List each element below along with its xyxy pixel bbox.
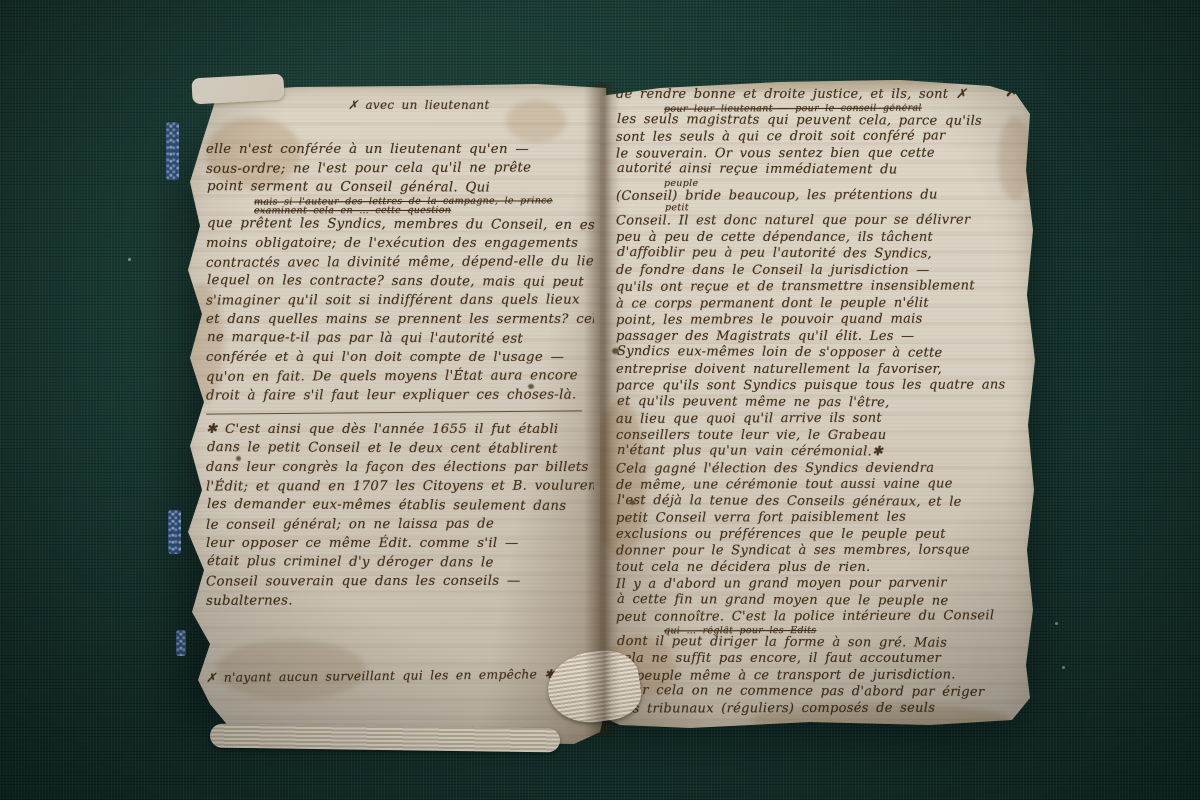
manuscript-line: conférée et à qui l'on doit compte de l'… bbox=[206, 348, 594, 367]
manuscript-line: sous-ordre; ne l'est pour cela qu'il ne … bbox=[206, 158, 594, 179]
manuscript-line: elle n'est conférée à un lieutenant qu'e… bbox=[206, 140, 594, 159]
manuscript-line: à ce corps permanent dont le peuple n'él… bbox=[616, 295, 1028, 313]
open-manuscript-book: ✗ avec un lieutenant elle n'est conférée… bbox=[0, 0, 1200, 800]
manuscript-line: peuple bbox=[616, 179, 1028, 188]
left-page-text: elle n'est conférée à un lieutenant qu'e… bbox=[206, 140, 594, 610]
manuscript-line: leur opposer ce même Édit. comme s'il — bbox=[206, 534, 594, 553]
manuscript-line: (Conseil) bride beaucoup, les prétention… bbox=[616, 187, 1028, 205]
manuscript-line: point, les membres le pouvoir quand mais bbox=[616, 311, 1028, 329]
manuscript-line: petit Conseil verra fort paisiblement le… bbox=[616, 509, 1028, 527]
manuscript-line: et dans quelles mains se prennent les se… bbox=[206, 310, 594, 329]
manuscript-line: le peuple même à ce transport de jurisdi… bbox=[616, 667, 1028, 685]
manuscript-line: Syndics eux-mêmes loin de s'opposer à ce… bbox=[617, 344, 1029, 363]
manuscript-line: contractés avec la divinité même, dépend… bbox=[206, 252, 594, 273]
manuscript-line: n'étant plus qu'un vain cérémonial.✱ bbox=[617, 443, 1029, 462]
manuscript-line: lequel on les contracte? sans doute, mai… bbox=[207, 271, 595, 292]
hand-drawn-rule bbox=[206, 410, 582, 414]
manuscript-line: tout cela ne décidera plus de rien. bbox=[616, 560, 1028, 577]
manuscript-line: cela ne suffit pas encore, il faut accou… bbox=[616, 651, 1028, 668]
manuscript-line: le conseil général; on ne laissa pas de bbox=[206, 514, 594, 535]
manuscript-line: des tribunaux (réguliers) composés de se… bbox=[616, 700, 1028, 718]
manuscript-line: dans le petit Conseil et le deux cent ét… bbox=[207, 438, 595, 459]
manuscript-line: subalternes. bbox=[206, 590, 594, 611]
marbled-cover-remnant bbox=[166, 122, 179, 180]
manuscript-line: Conseil. Il est donc naturel que pour se… bbox=[616, 212, 1028, 230]
manuscript-line: de rendre bonne et droite justice, et il… bbox=[616, 87, 1028, 104]
marbled-cover-remnant bbox=[176, 630, 186, 656]
manuscript-line: le souverain. Or vous sentez bien que ce… bbox=[616, 145, 1028, 163]
manuscript-line: qu'ils ont reçue et de transmettre insen… bbox=[616, 278, 1028, 296]
manuscript-line: de même, une cérémonie tout aussi vaine … bbox=[616, 476, 1028, 494]
manuscript-line: exclusions ou préférences que le peuple … bbox=[616, 527, 1028, 544]
stain bbox=[506, 100, 566, 142]
right-page: ✗ de rendre bonne et droite justice, et … bbox=[600, 80, 1036, 732]
torn-page-corner bbox=[191, 74, 284, 105]
manuscript-line: peu à peu de cette dépendance, ils tâche… bbox=[616, 230, 1028, 247]
manuscript-line: autorité ainsi reçue immédiatement du bbox=[617, 161, 1029, 180]
manuscript-line: d'affoiblir peu à peu l'autorité des Syn… bbox=[617, 245, 1029, 264]
manuscript-line: Pour cela on ne commence pas d'abord par… bbox=[617, 683, 1029, 702]
header-insertion-note: ✗ avec un lieutenant bbox=[348, 98, 490, 112]
manuscript-line: conseillers toute leur vie, le Grabeau bbox=[616, 428, 1028, 445]
manuscript-line: au lieu que quoi qu'il arrive ils sont bbox=[616, 410, 1028, 428]
manuscript-line: à cette fin un grand moyen que le peuple… bbox=[617, 591, 1029, 610]
manuscript-line: parce qu'ils sont Syndics puisque tous l… bbox=[616, 377, 1028, 395]
manuscript-line: était plus criminel d'y déroger dans le bbox=[207, 552, 595, 573]
manuscript-line: que prêtent les Syndics, membres du Cons… bbox=[207, 214, 595, 235]
photograph-of-manuscript: ✗ avec un lieutenant elle n'est conférée… bbox=[0, 0, 1200, 800]
manuscript-line: Il y a d'abord un grand moyen pour parve… bbox=[616, 575, 1028, 593]
manuscript-line: donner pour le Syndicat à ses membres, l… bbox=[616, 542, 1028, 560]
manuscript-line: dont il peut diriger la forme à son gré.… bbox=[617, 633, 1029, 652]
left-page: ✗ avec un lieutenant elle n'est conférée… bbox=[176, 84, 606, 748]
manuscript-line: moins obligatoire; de l'exécution des en… bbox=[206, 234, 594, 253]
manuscript-line: Cela gagné l'élection des Syndics devien… bbox=[616, 460, 1028, 478]
manuscript-line: sont les seuls à qui ce droit soit confé… bbox=[616, 128, 1028, 146]
manuscript-line: entreprise doivent naturellement la favo… bbox=[616, 362, 1028, 379]
manuscript-line: passager des Magistrats qu'il élit. Les … bbox=[616, 329, 1028, 346]
marbled-cover-remnant bbox=[168, 510, 181, 554]
manuscript-line: qu'on en fait. De quels moyens l'État au… bbox=[206, 366, 594, 387]
manuscript-line: ✱ C'est ainsi que dès l'année 1655 il fu… bbox=[206, 420, 594, 439]
manuscript-line: s'imaginer qu'il soit si indifférent dan… bbox=[206, 290, 594, 310]
manuscript-line: l'est déjà la tenue des Conseils générau… bbox=[617, 492, 1029, 511]
page-stack-edge bbox=[210, 724, 560, 753]
manuscript-line: point serment au Conseil général. Qui bbox=[207, 177, 595, 198]
manuscript-line: peut connoître. C'est la police intérieu… bbox=[616, 608, 1028, 626]
right-page-text: de rendre bonne et droite justice, et il… bbox=[616, 87, 1028, 717]
manuscript-line: de fondre dans le Conseil la jurisdictio… bbox=[616, 263, 1028, 280]
manuscript-line: ne marque-t-il pas par là qui l'autorité… bbox=[207, 328, 595, 349]
manuscript-line: les demander eux-mêmes établis seulement… bbox=[207, 495, 595, 516]
footnote-note: ✗ n'ayant aucun surveillant qui les en e… bbox=[206, 667, 555, 685]
manuscript-line: et qu'ils peuvent même ne pas l'être, bbox=[617, 393, 1029, 412]
manuscript-line: les seuls magistrats qui peuvent cela, p… bbox=[617, 111, 1029, 130]
manuscript-line: Conseil souverain que dans les conseils … bbox=[206, 571, 594, 591]
manuscript-line: dans leur congrès la façon des élections… bbox=[206, 458, 594, 477]
manuscript-line: l'Édit; et quand en 1707 les Citoyens et… bbox=[206, 476, 594, 496]
manuscript-line: droit à faire s'il faut leur expliquer c… bbox=[206, 385, 594, 405]
